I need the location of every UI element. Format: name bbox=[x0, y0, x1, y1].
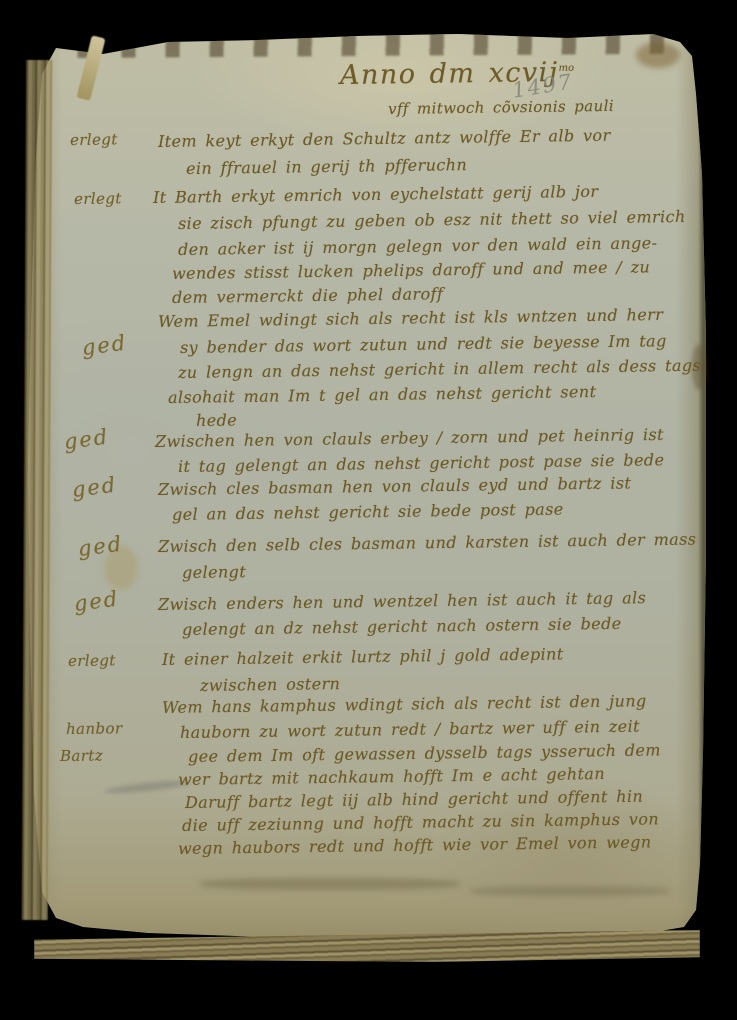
text-line: dem vermerckt die phel daroff bbox=[172, 284, 443, 307]
binding-edge bbox=[22, 60, 53, 920]
torn-top-edge bbox=[34, 32, 682, 59]
margin-note: Bartz bbox=[60, 746, 103, 765]
text-line: zwischen ostern bbox=[200, 674, 341, 695]
text-line: gelengt bbox=[182, 562, 246, 582]
margin-note: hanbor bbox=[66, 719, 123, 738]
margin-note: erlegt bbox=[68, 651, 116, 670]
smudge bbox=[470, 886, 670, 896]
text-line: ein ffrauel in gerij th pfferuchn bbox=[186, 155, 467, 178]
text-line: hede bbox=[196, 410, 237, 430]
smudge bbox=[200, 878, 460, 890]
heading-date-line: vff mitwoch cõvsionis pauli bbox=[388, 97, 614, 118]
fore-edge-shadow bbox=[676, 34, 706, 962]
margin-note: erlegt bbox=[74, 189, 122, 208]
margin-note: erlegt bbox=[70, 130, 118, 149]
photograph-background: { "header": { "anno_line": "Anno dm xcvi… bbox=[0, 0, 737, 1020]
stain bbox=[636, 42, 680, 68]
